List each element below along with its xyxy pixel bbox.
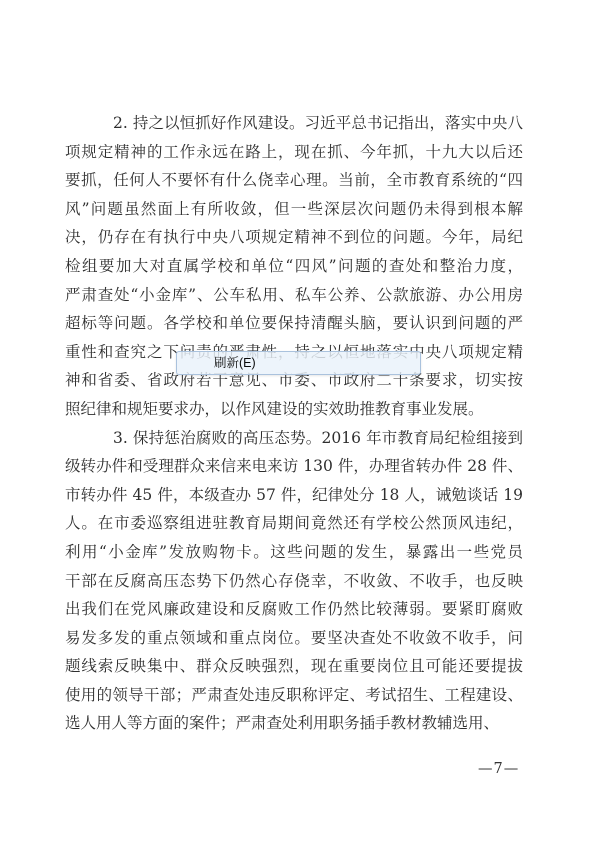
text-line: 使用的领导干部；严肃查处违反职称评定、考试招生、工程建设、 bbox=[65, 681, 523, 710]
text-line: 3. 保持惩治腐败的高压态势。2016 年市教育局纪检组接到上 bbox=[65, 424, 523, 453]
text-line: 出我们在党风廉政建设和反腐败工作仍然比较薄弱。要紧盯腐败 bbox=[65, 595, 523, 624]
text-line: 易发多发的重点领域和重点岗位。要坚决查处不收敛不收手，问 bbox=[65, 624, 523, 653]
text-line: 2. 持之以恒抓好作风建设。习近平总书记指出，落实中央八 bbox=[65, 109, 523, 138]
text-line: 人。在市委巡察组进驻教育局期间竟然还有学校公然顶风违纪， bbox=[65, 509, 523, 538]
text-line: 级转办件和受理群众来信来电来访 130 件，办理省转办件 28 件、 bbox=[65, 452, 523, 481]
text-line: 市转办件 45 件，本级查办 57 件，纪律处分 18 人，诫勉谈话 19 bbox=[65, 481, 523, 510]
text-line: 干部在反腐高压态势下仍然心存侥幸，不收敛、不收手，也反映 bbox=[65, 567, 523, 596]
text-line: 利用“小金库”发放购物卡。这些问题的发生，暴露出一些党员 bbox=[65, 538, 523, 567]
page-number: —7— bbox=[478, 761, 519, 777]
text-line: 风”问题虽然面上有所收敛，但一些深层次问题仍未得到根本解 bbox=[65, 195, 523, 224]
text-line: 检组要加大对直属学校和单位“四风”问题的查处和整治力度， bbox=[65, 252, 523, 281]
document-text: 2. 持之以恒抓好作风建设。习近平总书记指出，落实中央八 项规定精神的工作永远在… bbox=[65, 109, 523, 738]
text-line: 严肃查处“小金库”、公车私用、私车公养、公款旅游、办公用房 bbox=[65, 281, 523, 310]
text-line: 题线索反映集中、群众反映强烈，现在重要岗位且可能还要提拔 bbox=[65, 652, 523, 681]
text-line: 照纪律和规矩要求办，以作风建设的实效助推教育事业发展。 bbox=[65, 395, 523, 424]
refresh-menu-item[interactable]: 刷新(E) bbox=[176, 351, 421, 375]
text-line: 决，仍存在有执行中央八项规定精神不到位的问题。今年，局纪 bbox=[65, 223, 523, 252]
text-line: 项规定精神的工作永远在路上，现在抓、今年抓，十九大以后还 bbox=[65, 138, 523, 167]
text-line: 超标等问题。各学校和单位要保持清醒头脑，要认识到问题的严 bbox=[65, 309, 523, 338]
text-line: 选人用人等方面的案件；严肃查处利用职务插手教材教辅选用、 bbox=[65, 709, 523, 738]
document-page: 2. 持之以恒抓好作风建设。习近平总书记指出，落实中央八 项规定精神的工作永远在… bbox=[0, 0, 589, 842]
text-line: 要抓，任何人不要怀有什么侥幸心理。当前，全市教育系统的“四 bbox=[65, 166, 523, 195]
